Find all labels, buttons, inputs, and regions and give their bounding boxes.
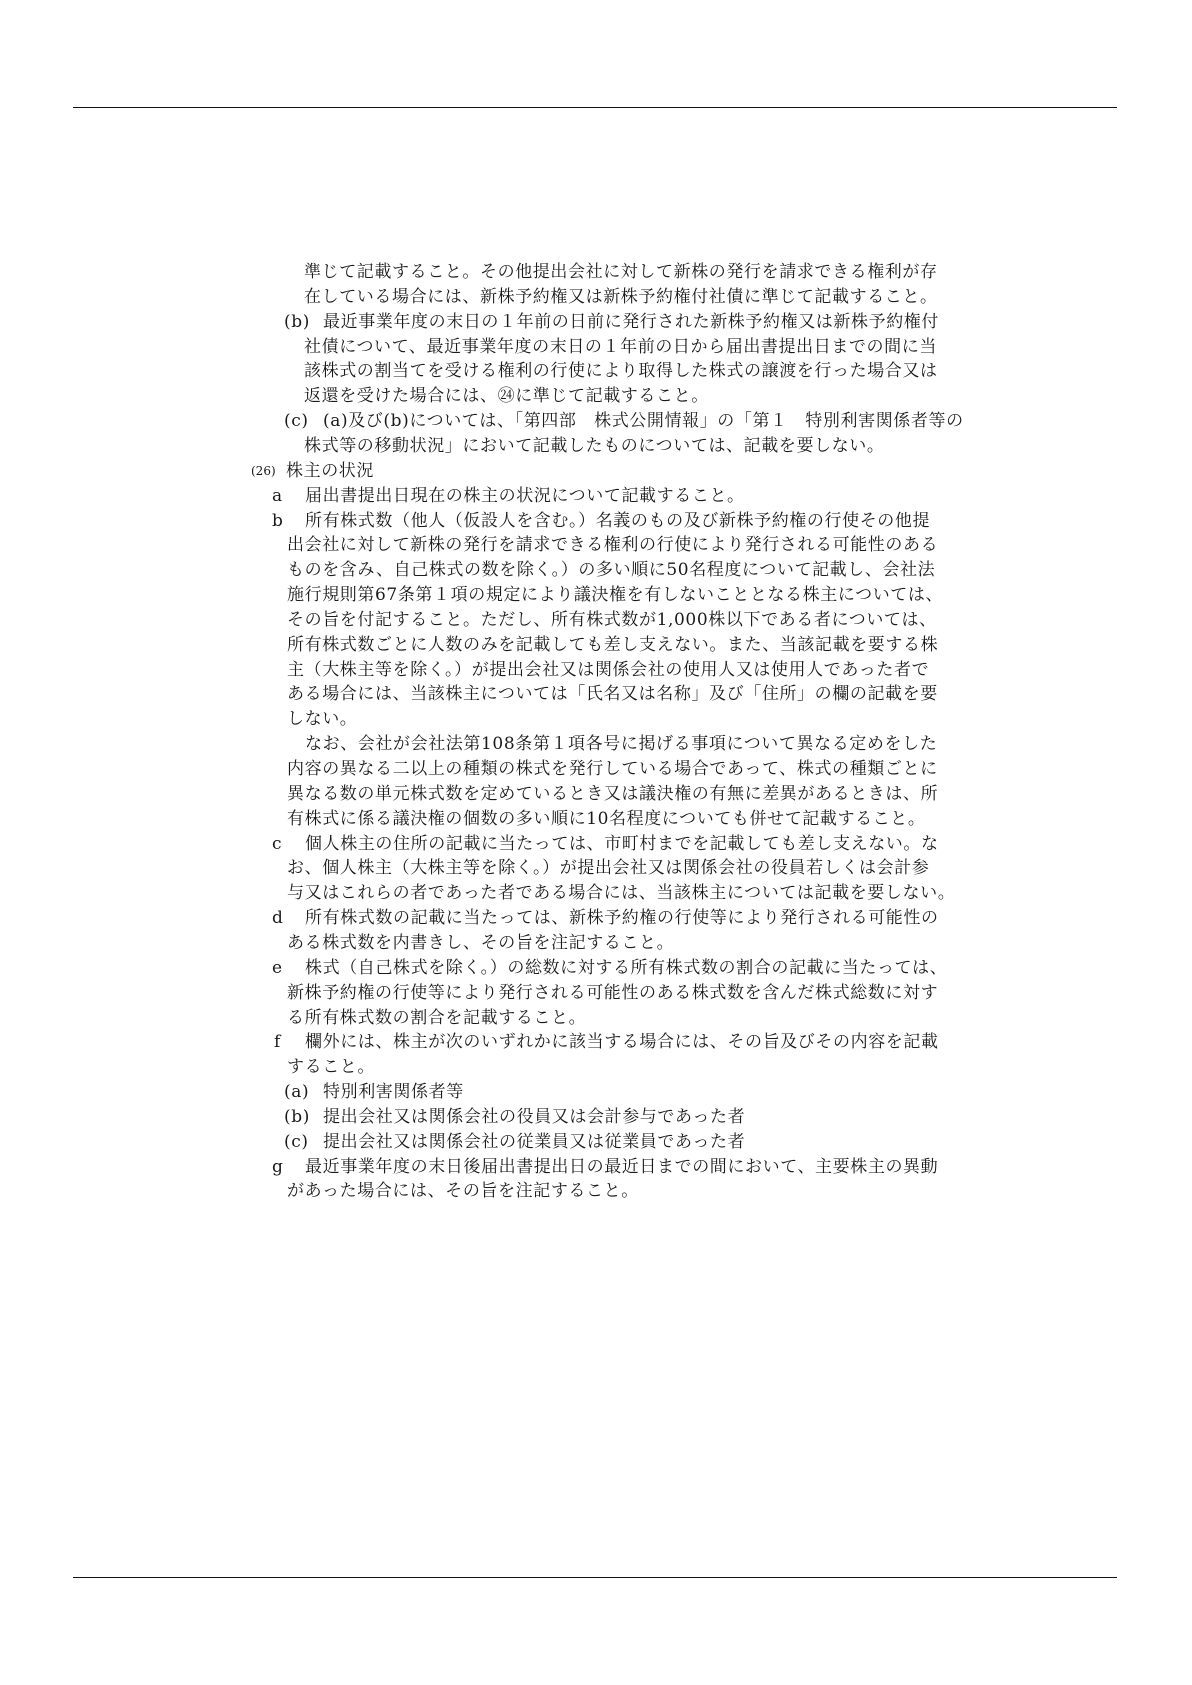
text-line: (a)及び(b)については、「第四部 株式公開情報」の「第１ 特別利害関係者等の <box>323 409 964 433</box>
list-marker-label: (b) <box>284 1105 310 1129</box>
list-marker: d <box>272 906 283 930</box>
list-marker: (b) <box>284 310 310 334</box>
text-line: 異なる数の単元株式数を定めているとき又は議決権の有無に差異があるときは、所 <box>287 782 938 806</box>
list-marker-label: (b) <box>284 310 310 334</box>
text-line: 準じて記載すること。その他提出会社に対して新株の発行を請求できる権利が存 <box>304 260 938 284</box>
list-marker: e <box>272 956 283 980</box>
list-marker: (26) <box>251 459 276 483</box>
header-rule <box>73 107 1117 108</box>
text-line: 株式等の移動状況」において記載したものについては、記載を要しない。 <box>304 434 884 458</box>
text-line: ある株式数を内書きし、その旨を注記すること。 <box>287 931 674 955</box>
text-line: る所有株式数の割合を記載すること。 <box>287 1006 586 1030</box>
text-line: 該株式の割当てを受ける権利の行使により取得した株式の譲渡を行った場合又は <box>304 359 938 383</box>
list-marker-label: f <box>274 1030 281 1054</box>
text-line: 個人株主の住所の記載に当たっては、市町村までを記載しても差し支えない。な <box>305 832 939 856</box>
text-line: 最近事業年度の末日の１年前の日前に発行された新株予約権又は新株予約権付 <box>323 310 939 334</box>
list-marker-label: d <box>272 906 283 930</box>
text-line: 返還を受けた場合には、㉔に準じて記載すること。 <box>304 384 709 408</box>
text-line: 株式（自己株式を除く。）の総数に対する所有株式数の割合の記載に当たっては、 <box>305 956 947 980</box>
list-marker: (a) <box>284 1080 309 1104</box>
list-marker-label: (26) <box>251 459 276 483</box>
text-line: 主（大株主等を除く。）が提出会社又は関係会社の使用人又は使用人であった者で <box>287 658 929 682</box>
list-marker: a <box>272 484 283 508</box>
text-line: 内容の異なる二以上の種類の株式を発行している場合であって、株式の種類ごとに <box>287 757 938 781</box>
text-line: 所有株式数の記載に当たっては、新株予約権の行使等により発行される可能性の <box>305 906 939 930</box>
text-line: お、個人株主（大株主等を除く。）が提出会社又は関係会社の役員若しくは会計参 <box>287 856 929 880</box>
list-marker: b <box>272 509 283 533</box>
list-marker-label: g <box>272 1155 283 1179</box>
list-marker: (b) <box>284 1105 310 1129</box>
list-marker-label: (c) <box>284 409 309 433</box>
list-marker: g <box>272 1155 283 1179</box>
text-line: しない。 <box>287 707 357 731</box>
text-line: その旨を付記すること。ただし、所有株式数が1,000株以下である者については、 <box>287 608 937 632</box>
text-line: 提出会社又は関係会社の従業員又は従業員であった者 <box>323 1130 745 1154</box>
text-line: 所有株式数ごとに人数のみを記載しても差し支えない。また、当該記載を要する株 <box>287 633 938 657</box>
list-marker-label: c <box>272 832 282 856</box>
text-line: 提出会社又は関係会社の役員又は会計参与であった者 <box>323 1105 745 1129</box>
text-line: ある場合には、当該株主については「氏名又は名称」及び「住所」の欄の記載を要 <box>287 682 938 706</box>
list-marker: (c) <box>284 1130 309 1154</box>
footer-rule <box>73 1577 1117 1578</box>
text-line: 欄外には、株主が次のいずれかに該当する場合には、その旨及びその内容を記載 <box>305 1030 939 1054</box>
text-line: 与又はこれらの者であった者である場合には、当該株主については記載を要しない。 <box>287 881 955 905</box>
list-marker-label: (c) <box>284 1130 309 1154</box>
text-line: 所有株式数（他人（仮設人を含む。）名義のもの及び新株予約権の行使その他提 <box>305 509 930 533</box>
list-marker: (c) <box>284 409 309 433</box>
section-heading: 株主の状況 <box>286 459 374 483</box>
text-line: 最近事業年度の末日後届出書提出日の最近日までの間において、主要株主の異動 <box>305 1155 938 1179</box>
text-line: 出会社に対して新株の発行を請求できる権利の行使により発行される可能性のある <box>287 533 938 557</box>
list-marker: f <box>274 1030 281 1054</box>
text-line: 届出書提出日現在の株主の状況について記載すること。 <box>305 484 745 508</box>
text-line: 施行規則第67条第１項の規定により議決権を有しないこととなる株主については、 <box>287 583 943 607</box>
text-line: 社債について、最近事業年度の末日の１年前の日から届出書提出日までの間に当 <box>304 335 937 359</box>
text-line: 新株予約権の行使等により発行される可能性のある株式数を含んだ株式総数に対す <box>287 981 938 1005</box>
list-marker-label: b <box>272 509 283 533</box>
text-line: 有株式に係る議決権の個数の多い順に10名程度についても併せて記載すること。 <box>287 807 926 831</box>
list-marker-label: (a) <box>284 1080 309 1104</box>
text-line: すること。 <box>287 1055 375 1079</box>
text-line: 特別利害関係者等 <box>323 1080 464 1104</box>
list-marker-label: e <box>272 956 283 980</box>
list-marker-label: a <box>272 484 283 508</box>
text-line: ものを含み、自己株式の数を除く。）の多い順に50名程度について記載し、会社法 <box>287 558 935 582</box>
text-line: があった場合には、その旨を注記すること。 <box>287 1179 639 1203</box>
list-marker: c <box>272 832 282 856</box>
text-line: 在している場合には、新株予約権又は新株予約権付社債に準じて記載すること。 <box>304 285 938 309</box>
text-line: なお、会社が会社法第108条第１項各号に掲げる事項について異なる定めをした <box>305 732 937 756</box>
